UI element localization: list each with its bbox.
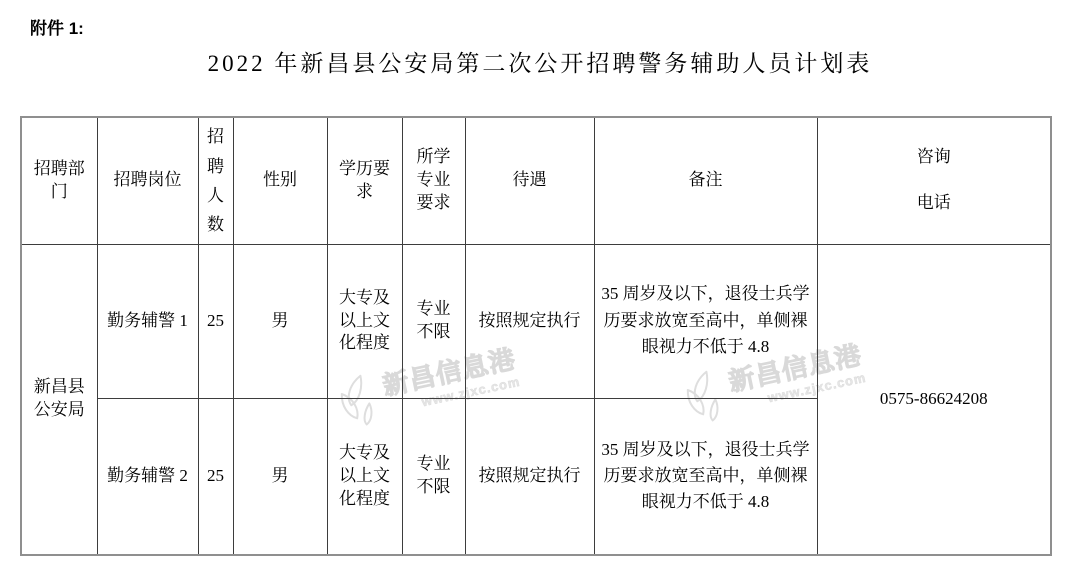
page-title: 2022 年新昌县公安局第二次公开招聘警务辅助人员计划表 (0, 45, 1080, 78)
cell-count: 25 (198, 398, 233, 555)
cell-salary: 按照规定执行 (465, 244, 594, 398)
header-position: 招聘岗位 (97, 117, 198, 244)
header-major: 所学 专业 要求 (402, 117, 465, 244)
header-department: 招聘部 门 (21, 117, 97, 244)
recruitment-plan-table: 招聘部 门 招聘岗位 招 聘 人 数 性别 学历要 求 所学 专业 要求 待遇 … (20, 116, 1052, 556)
cell-notes: 35 周岁及以下，退役士兵学 历要求放宽至高中，单侧裸 眼视力不低于 4.8 (594, 398, 817, 555)
attachment-label: 附件 1: (30, 14, 84, 39)
cell-gender: 男 (233, 398, 327, 555)
cell-major: 专业 不限 (402, 244, 465, 398)
cell-gender: 男 (233, 244, 327, 398)
header-gender: 性别 (233, 117, 327, 244)
cell-position: 勤务辅警 2 (97, 398, 198, 555)
cell-count: 25 (198, 244, 233, 398)
table-row: 新昌县 公安局 勤务辅警 1 25 男 大专及 以上文 化程度 专业 不限 按照… (21, 244, 1051, 398)
cell-education: 大专及 以上文 化程度 (327, 244, 402, 398)
table-header-row: 招聘部 门 招聘岗位 招 聘 人 数 性别 学历要 求 所学 专业 要求 待遇 … (21, 117, 1051, 244)
header-notes: 备注 (594, 117, 817, 244)
header-education: 学历要 求 (327, 117, 402, 244)
header-phone: 咨询 电话 (817, 117, 1051, 244)
cell-phone: 0575-86624208 (817, 244, 1051, 555)
header-salary: 待遇 (465, 117, 594, 244)
cell-department: 新昌县 公安局 (21, 244, 97, 555)
cell-salary: 按照规定执行 (465, 398, 594, 555)
cell-position: 勤务辅警 1 (97, 244, 198, 398)
header-count: 招 聘 人 数 (198, 117, 233, 244)
cell-notes: 35 周岁及以下，退役士兵学 历要求放宽至高中，单侧裸 眼视力不低于 4.8 (594, 244, 817, 398)
cell-education: 大专及 以上文 化程度 (327, 398, 402, 555)
cell-major: 专业 不限 (402, 398, 465, 555)
